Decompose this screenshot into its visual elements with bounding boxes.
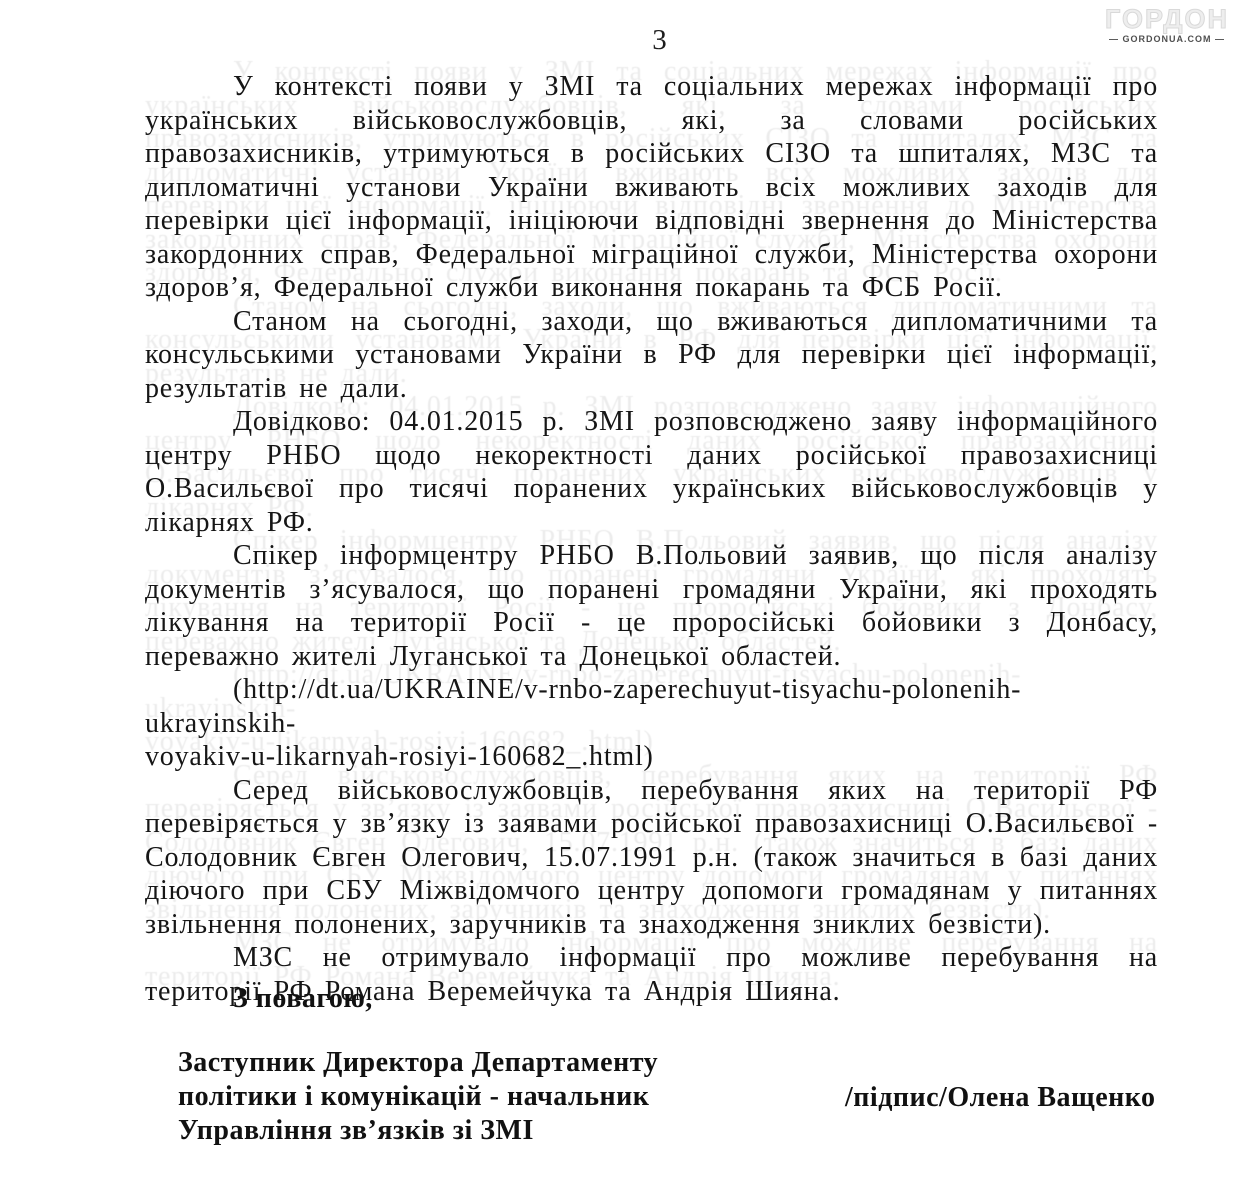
url-line: (http://dt.ua/UKRAINE/v-rnbo-zaperechuyu… bbox=[145, 673, 1158, 740]
signature-title-line: Заступник Директора Департаменту bbox=[178, 1046, 658, 1080]
paragraph: Спікер інформцентру РНБО В.Польовий заяв… bbox=[145, 539, 1158, 673]
gordon-site-url: — GORDONUA.COM — bbox=[1097, 33, 1237, 45]
paragraph: (http://dt.ua/UKRAINE/v-rnbo-zaperechuyu… bbox=[145, 673, 1158, 774]
gordon-watermark: ГОРДОН — GORDONUA.COM — bbox=[1097, 5, 1237, 45]
signature-signer: /підпис/Олена Ващенко bbox=[845, 1082, 1156, 1114]
paragraph: У контексті появи у ЗМІ та соціальних ме… bbox=[145, 70, 1158, 305]
paragraph: Довідково: 04.01.2015 р. ЗМІ розповсюдже… bbox=[145, 405, 1158, 539]
page-number: 3 bbox=[40, 24, 1239, 57]
paragraph: Серед військовослужбовців, перебування я… bbox=[145, 774, 1158, 942]
document-page: 3 ГОРДОН — GORDONUA.COM — У контексті по… bbox=[0, 0, 1239, 1201]
closing-salutation: З повагою, bbox=[233, 983, 373, 1015]
gordon-logo-text: ГОРДОН bbox=[1097, 5, 1237, 33]
signature-title-line: Управління зв’язків зі ЗМІ bbox=[178, 1114, 658, 1148]
document-body: У контексті появи у ЗМІ та соціальних ме… bbox=[145, 70, 1158, 1008]
paragraph: Станом на сьогодні, заходи, що вживаютьс… bbox=[145, 305, 1158, 406]
signature-title-line: політики і комунікацій - начальник bbox=[178, 1080, 658, 1114]
url-line: voyakiv-u-likarnyah-rosiyi-160682_.html) bbox=[145, 740, 1158, 774]
signature-block: Заступник Директора Департаменту політик… bbox=[178, 1046, 658, 1148]
